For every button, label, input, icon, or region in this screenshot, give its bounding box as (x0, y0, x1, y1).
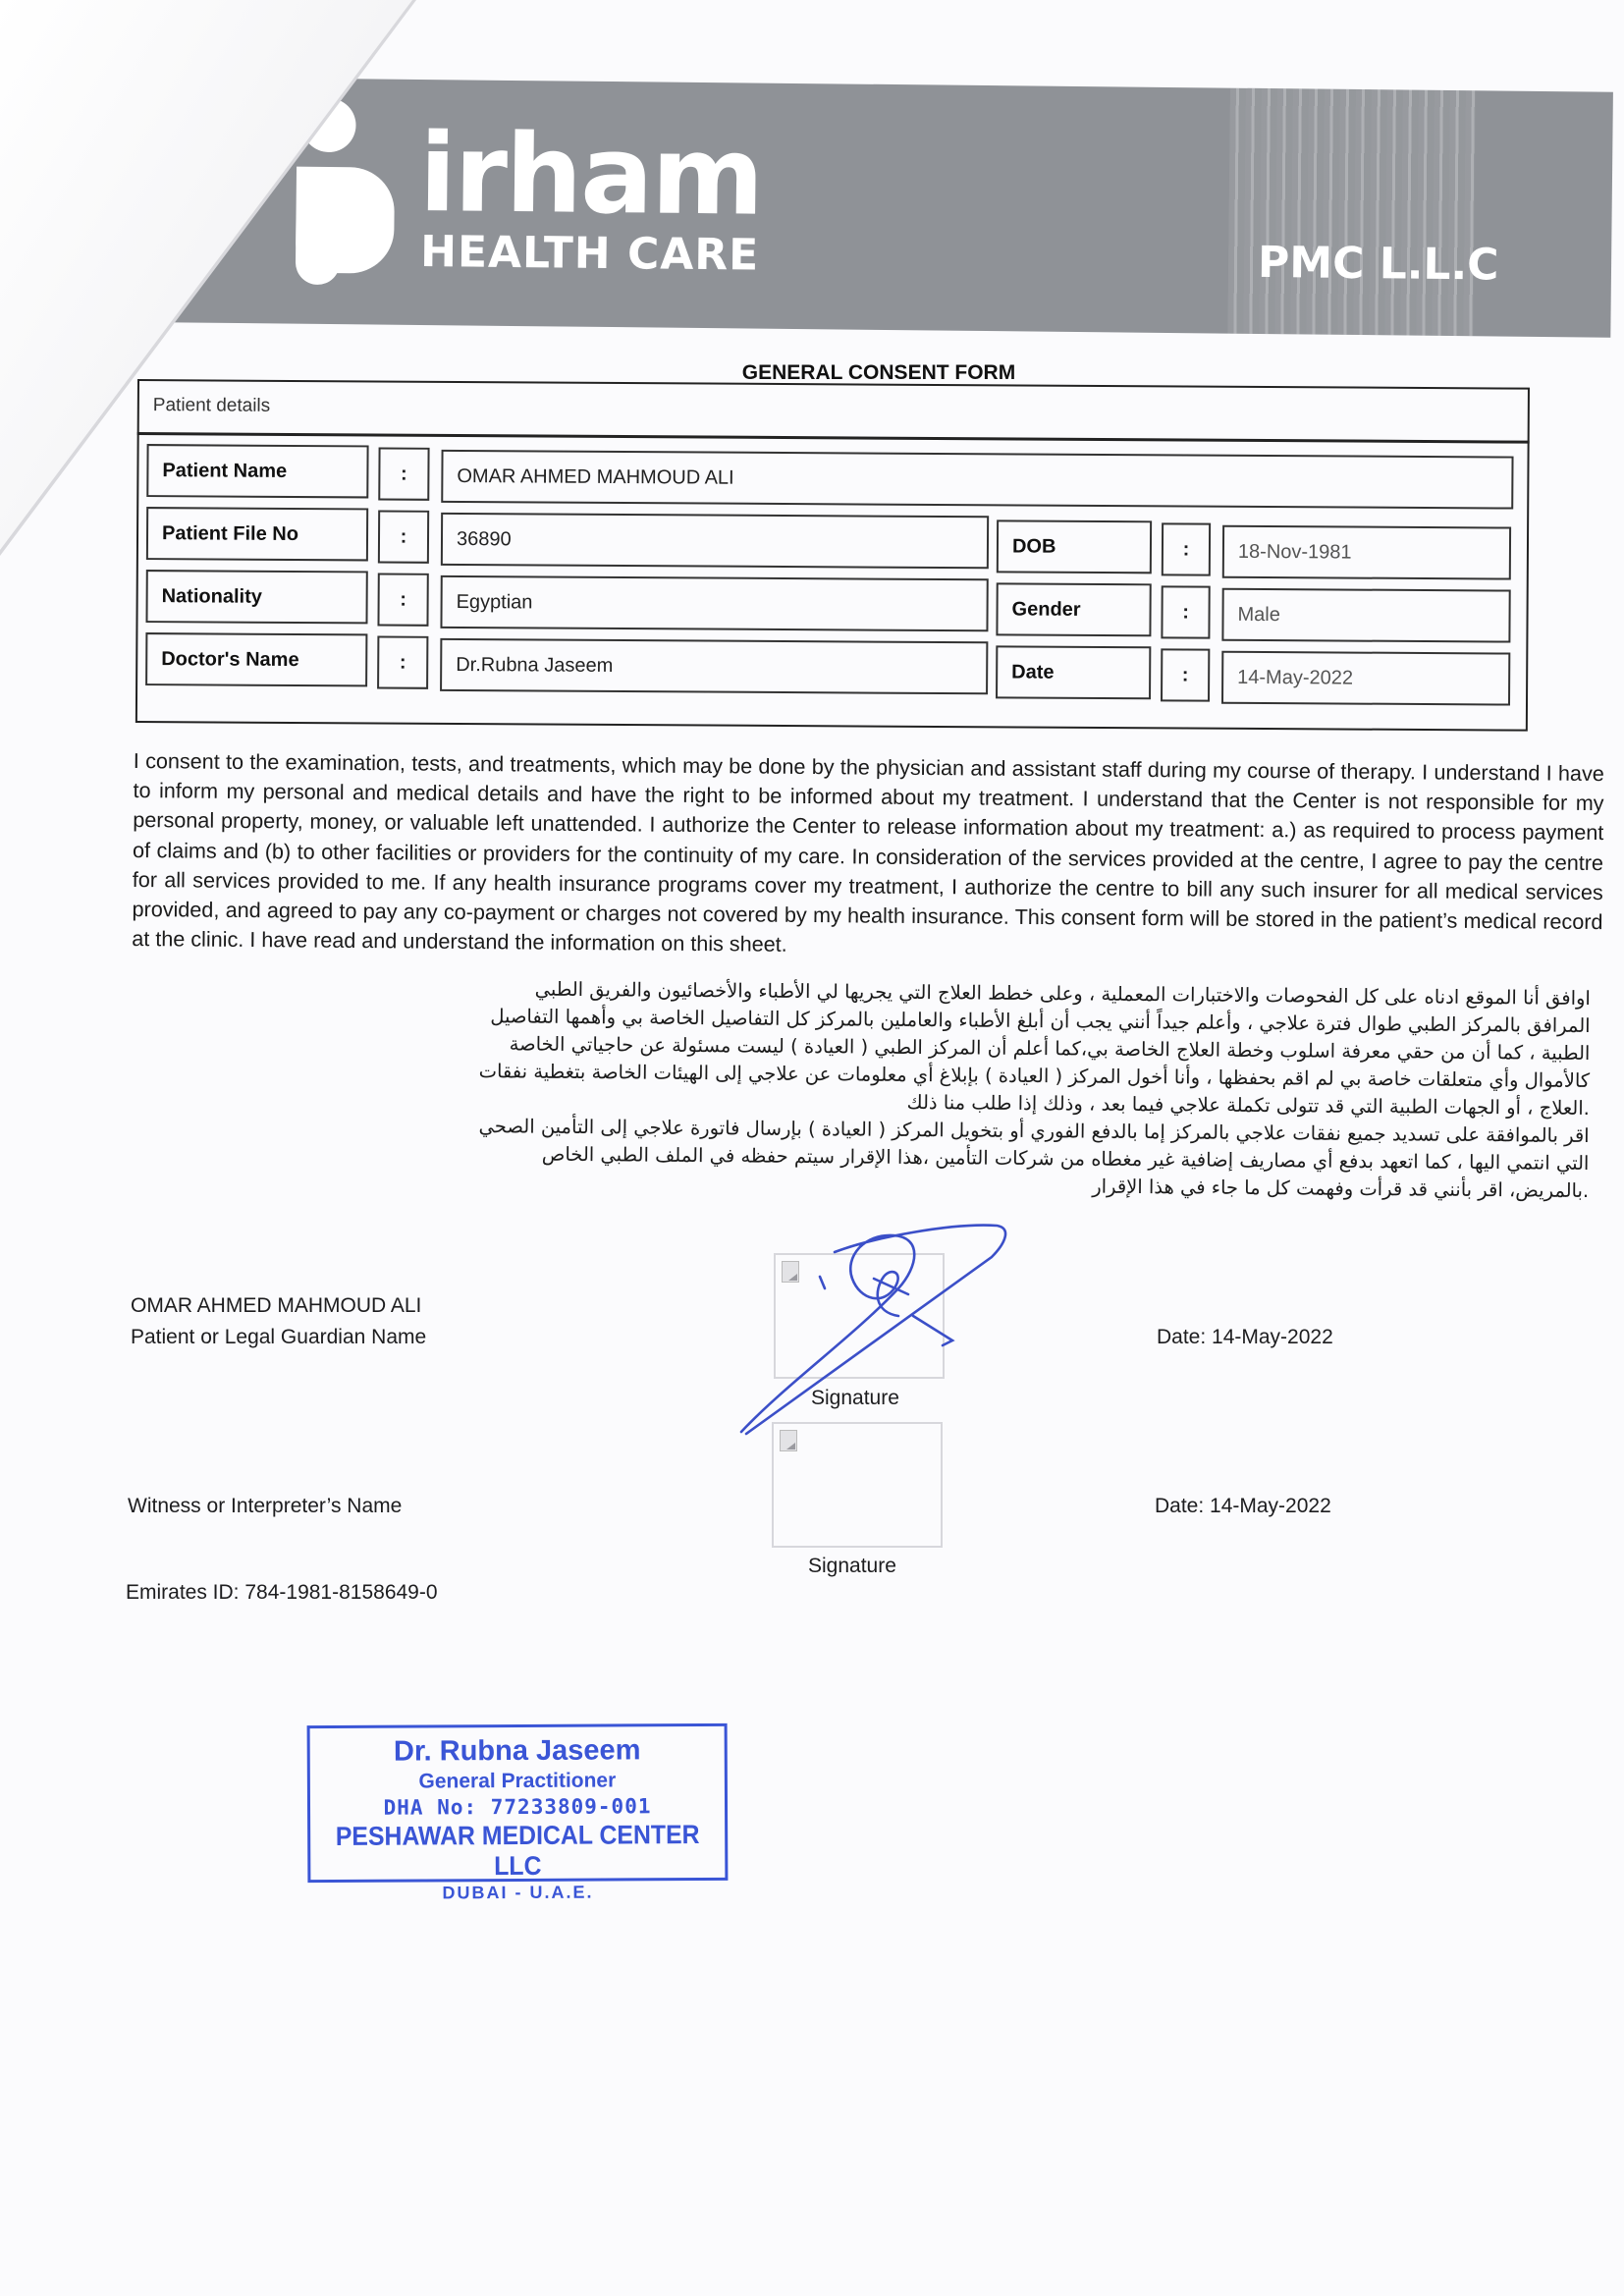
header-banner: irham HEALTH CARE PMC L.L.C (137, 77, 1613, 338)
patient-signature-date: Date: 14-May-2022 (1157, 1326, 1333, 1349)
scan-artifact-stripes (1227, 88, 1476, 337)
date-label: Date (996, 645, 1151, 699)
consent-text-arabic: اوافق أنا الموقع ادناه على كل الفحوصات و… (469, 975, 1591, 1205)
stamp-doctor-title: General Practitioner (310, 1769, 725, 1794)
doctor-name-value: Dr.Rubna Jaseem (440, 638, 988, 694)
stamp-doctor-name: Dr. Rubna Jaseem (310, 1734, 725, 1769)
brand-subtitle: HEALTH CARE (420, 227, 760, 281)
patient-name-label: Patient Name (146, 444, 368, 498)
section-title: Patient details (153, 395, 270, 417)
brand-name: irham (418, 119, 762, 231)
patient-details-table: Patient details Patient Name : OMAR AHME… (135, 379, 1530, 732)
separator: : (1162, 522, 1211, 575)
date-value: 14-May-2022 (1221, 651, 1510, 706)
consent-text-english: I consent to the examination, tests, and… (132, 746, 1604, 966)
dob-value: 18-Nov-1981 (1222, 525, 1511, 580)
patient-file-no-value: 36890 (441, 513, 989, 569)
patient-details-header: Patient details (137, 379, 1530, 444)
patient-name-value: OMAR AHMED MAHMOUD ALI (441, 450, 1513, 510)
gender-value: Male (1221, 588, 1510, 643)
nationality-label: Nationality (145, 570, 367, 624)
company-name: PMC L.L.C (1258, 238, 1499, 291)
separator: : (377, 573, 428, 626)
stamp-location: DUBAI - U.A.E. (310, 1882, 725, 1904)
separator: : (1161, 585, 1210, 638)
emirates-id: Emirates ID: 784-1981-8158649-0 (126, 1581, 438, 1605)
separator: : (1161, 648, 1210, 701)
nationality-value: Egyptian (440, 575, 988, 631)
separator: : (377, 635, 428, 688)
handwritten-signature (727, 1218, 1021, 1453)
witness-caption: Witness or Interpreter’s Name (128, 1495, 402, 1518)
patient-guardian-caption: Patient or Legal Guardian Name (131, 1326, 426, 1349)
stamp-center: PESHAWAR MEDICAL CENTER LLC (327, 1820, 709, 1883)
patient-file-no-label: Patient File No (146, 507, 368, 561)
separator: : (378, 448, 429, 501)
separator: : (378, 511, 429, 564)
gender-label: Gender (996, 582, 1151, 636)
witness-signature-label: Signature (808, 1555, 896, 1578)
witness-signature-date: Date: 14-May-2022 (1155, 1495, 1331, 1518)
dob-label: DOB (997, 519, 1152, 574)
doctor-name-label: Doctor's Name (145, 632, 367, 686)
patient-name-signature: OMAR AHMED MAHMOUD ALI (131, 1294, 421, 1318)
doctor-stamp: Dr. Rubna Jaseem General Practitioner DH… (307, 1723, 729, 1883)
stamp-license: DHA No: 77233809-001 (310, 1794, 725, 1820)
